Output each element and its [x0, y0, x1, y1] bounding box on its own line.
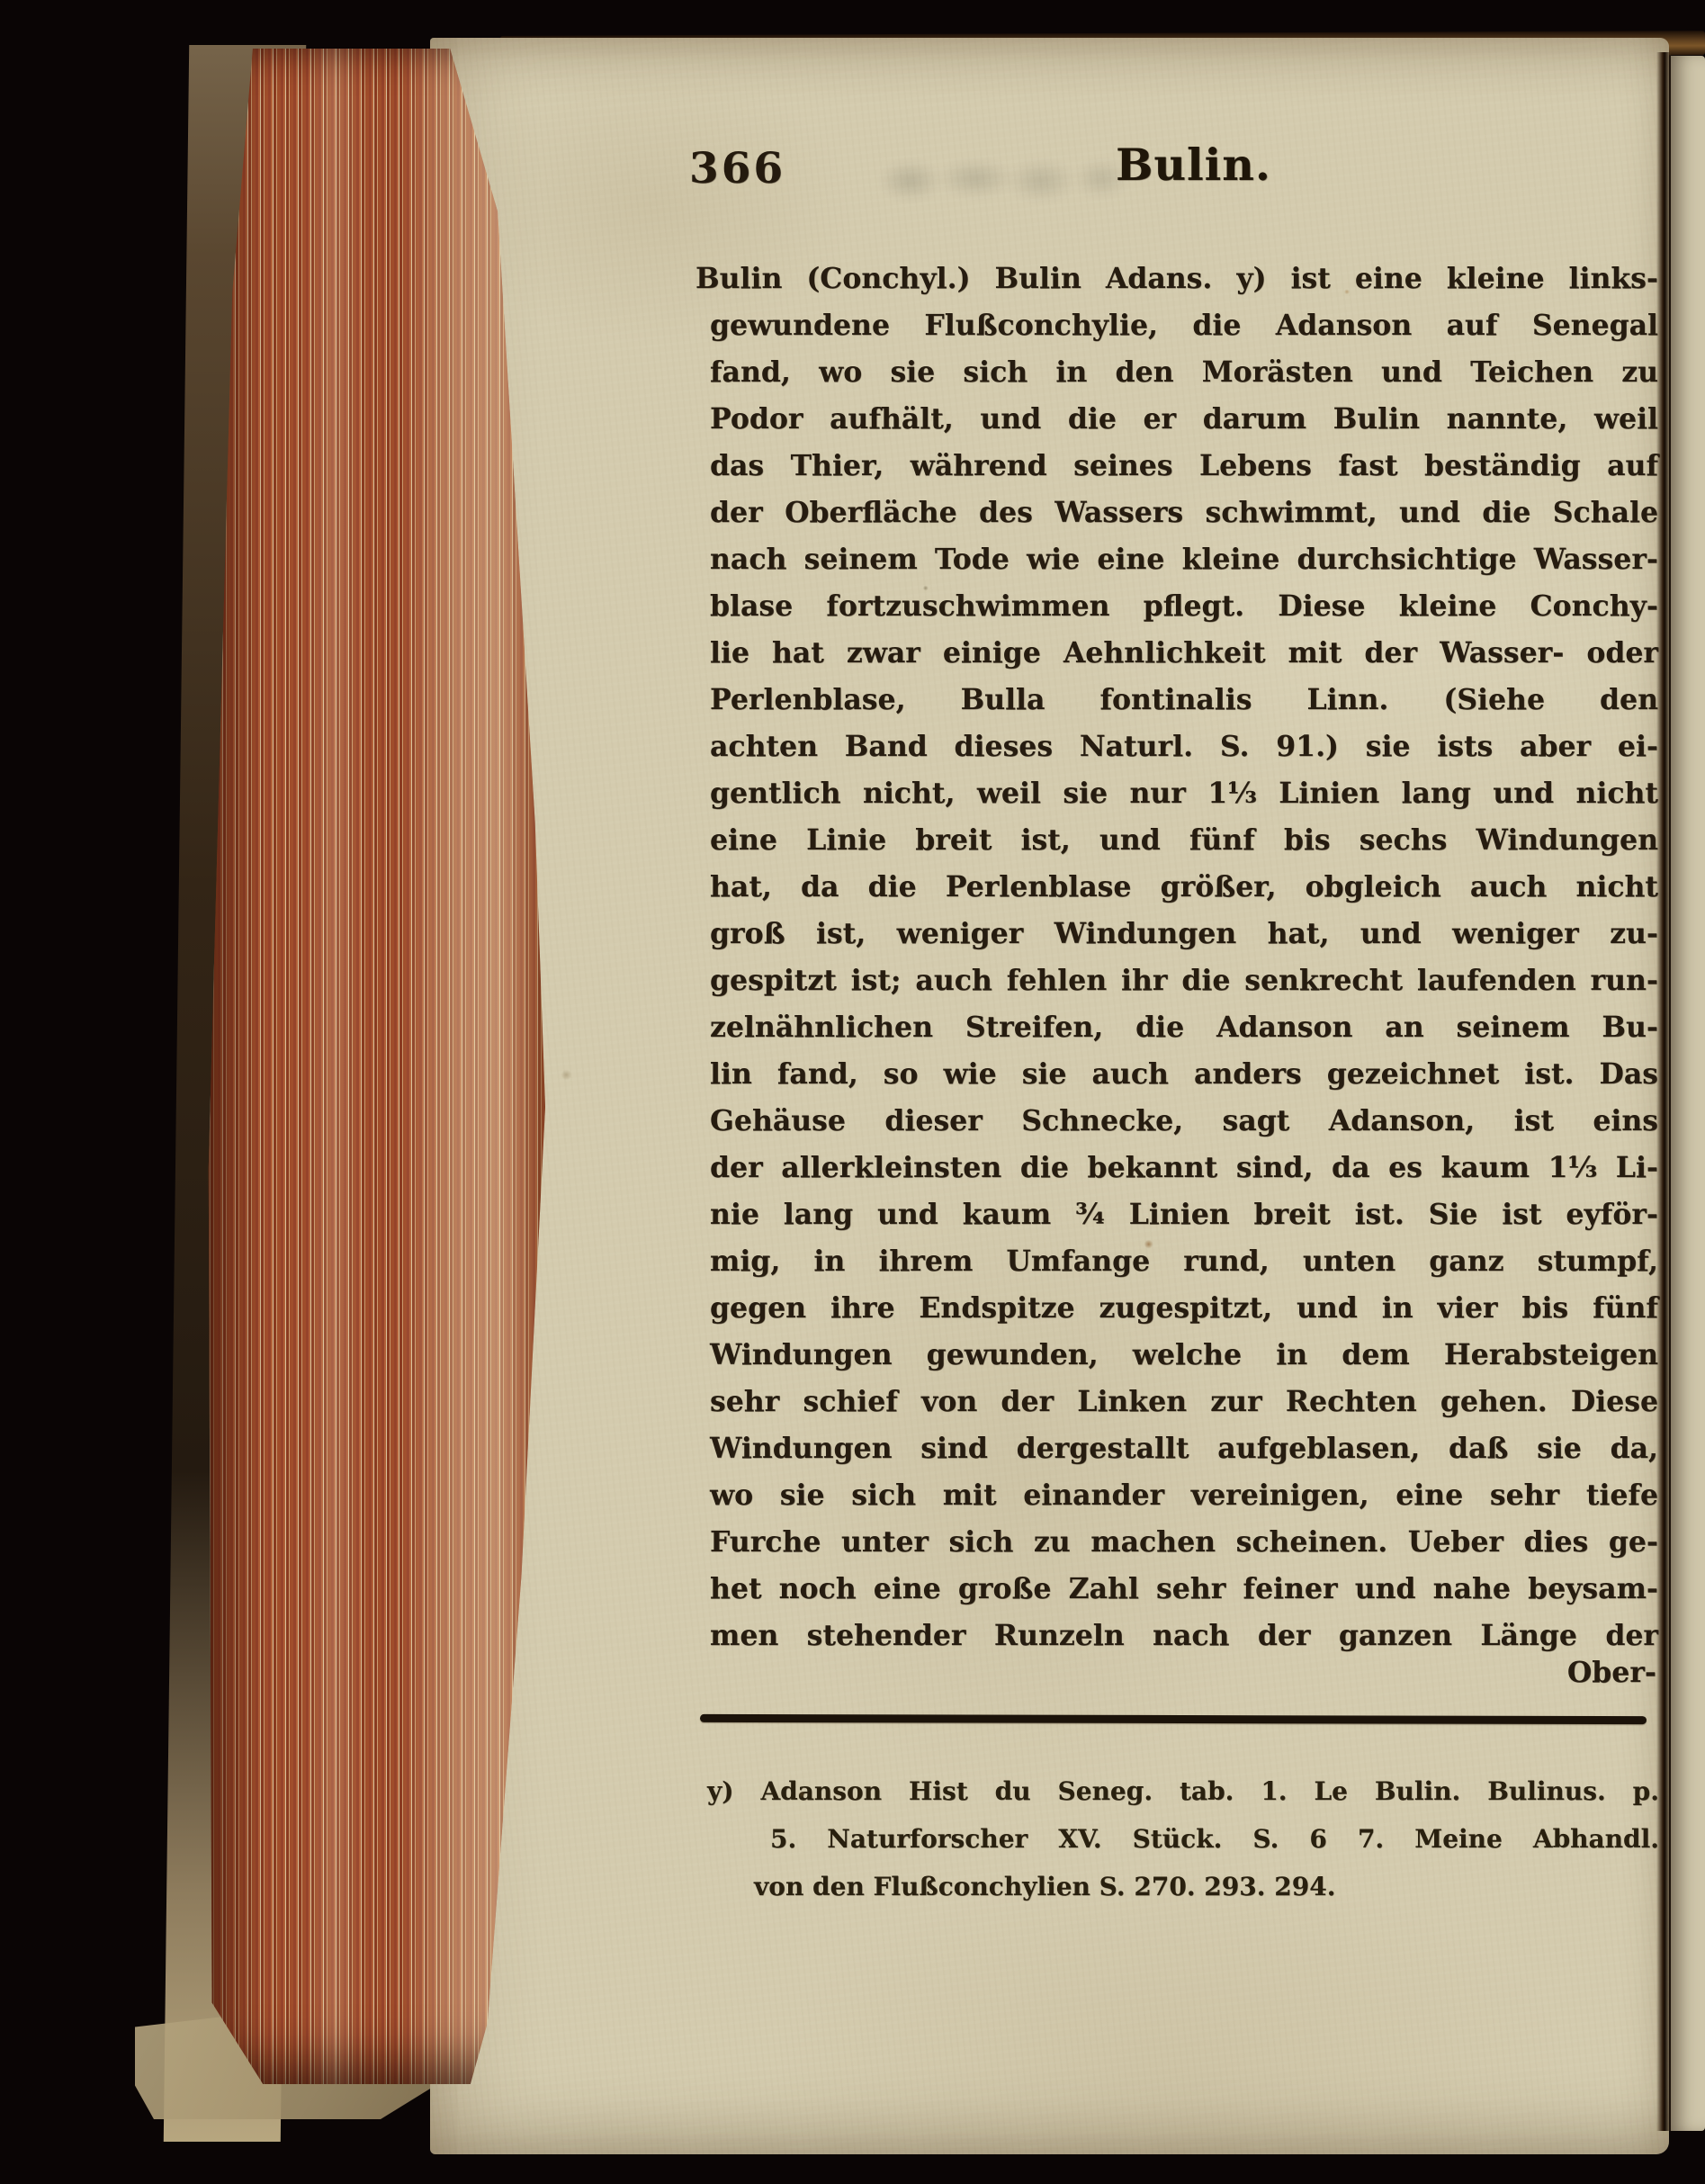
body-text-line: lie hat zwar einige Aehnlichkeit mit der…	[710, 630, 1658, 677]
catchword: Ober-	[695, 1649, 1658, 1696]
body-text-line: achten Band dieses Naturl. S. 91.) sie i…	[710, 724, 1658, 770]
entry-text: Bulin (Conchyl.) Bulin Adans. y) ist ein…	[695, 256, 1658, 1659]
footnote: y) Adanson Hist du Seneg. tab. 1. Le Bul…	[691, 1767, 1659, 1910]
body-text-line: nie lang und kaum ¾ Linien breit ist. Si…	[710, 1191, 1658, 1238]
footnote-rule	[700, 1714, 1647, 1724]
page-number: 366	[689, 144, 785, 193]
body-text-line: der Oberfläche des Wassers schwimmt, und…	[710, 490, 1658, 536]
page-gutter	[1656, 52, 1671, 2131]
body-text-line: das Thier, während seines Lebens fast be…	[710, 443, 1658, 490]
body-text-line: Gehäuse dieser Schnecke, sagt Adanson, i…	[710, 1098, 1658, 1145]
footnote-line: 5. Naturforscher XV. Stück. S. 6 7. Mein…	[770, 1815, 1659, 1863]
body-text-line: Windungen gewunden, welche in dem Herabs…	[710, 1332, 1658, 1379]
body-text-line: hat, da die Perlenblase größer, obgleich…	[710, 864, 1658, 911]
footnote-line: y) Adanson Hist du Seneg. tab. 1. Le Bul…	[707, 1767, 1659, 1815]
body-text-line: lin fand, so wie sie auch anders gezeich…	[710, 1051, 1658, 1098]
body-text-line: Bulin (Conchyl.) Bulin Adans. y) ist ein…	[695, 256, 1658, 302]
body-text-line: gewundene Flußconchylie, die Adanson auf…	[710, 302, 1658, 349]
body-text-line: het noch eine große Zahl sehr feiner und…	[710, 1566, 1658, 1613]
book-scan: 366 Bulin. Bulin (Conchyl.) Bulin Adans.…	[0, 0, 1705, 2184]
body-text-line: eine Linie breit ist, und fünf bis sechs…	[710, 817, 1658, 864]
body-text-line: sehr schief von der Linken zur Rechten g…	[710, 1379, 1658, 1425]
running-title: Bulin.	[1116, 139, 1271, 191]
body-text-line: nach seinem Tode wie eine kleine durchsi…	[710, 536, 1658, 583]
body-text-line: mig, in ihrem Umfange rund, unten ganz s…	[710, 1238, 1658, 1285]
footnote-line: von den Flußconchylien S. 270. 293. 294.	[754, 1863, 1659, 1910]
catchword-row: Ober-	[695, 1654, 1658, 1696]
body-text-line: Furche unter sich zu machen scheinen. Ue…	[710, 1519, 1658, 1566]
body-text-line: gegen ihre Endspitze zugespitzt, und in …	[710, 1285, 1658, 1332]
body-text-line: Podor aufhält, und die er darum Bulin na…	[710, 396, 1658, 443]
book-page: 366 Bulin. Bulin (Conchyl.) Bulin Adans.…	[430, 38, 1669, 2154]
body-text-line: groß ist, weniger Windungen hat, und wen…	[710, 911, 1658, 957]
ink-bleedthrough	[880, 142, 1132, 212]
body-text-line: der allerkleinsten die bekannt sind, da …	[710, 1145, 1658, 1191]
body-text-line: Windungen sind dergestallt aufgeblasen, …	[710, 1425, 1658, 1472]
body-text-line: gespitzt ist; auch fehlen ihr die senkre…	[710, 957, 1658, 1004]
body-text-line: blase fortzuschwimmen pflegt. Diese klei…	[710, 583, 1658, 630]
body-text-line: gentlich nicht, weil sie nur 1⅓ Linien l…	[710, 770, 1658, 817]
page-fore-edge	[205, 49, 545, 2084]
adjacent-page-edge	[1671, 56, 1705, 2131]
body-text-line: Perlenblase, Bulla fontinalis Linn. (Sie…	[710, 677, 1658, 724]
body-text-line: zelnähnlichen Streifen, die Adanson an s…	[710, 1004, 1658, 1051]
body-text-line: fand, wo sie sich in den Morästen und Te…	[710, 349, 1658, 396]
body-text-line: wo sie sich mit einander vereinigen, ein…	[710, 1472, 1658, 1519]
